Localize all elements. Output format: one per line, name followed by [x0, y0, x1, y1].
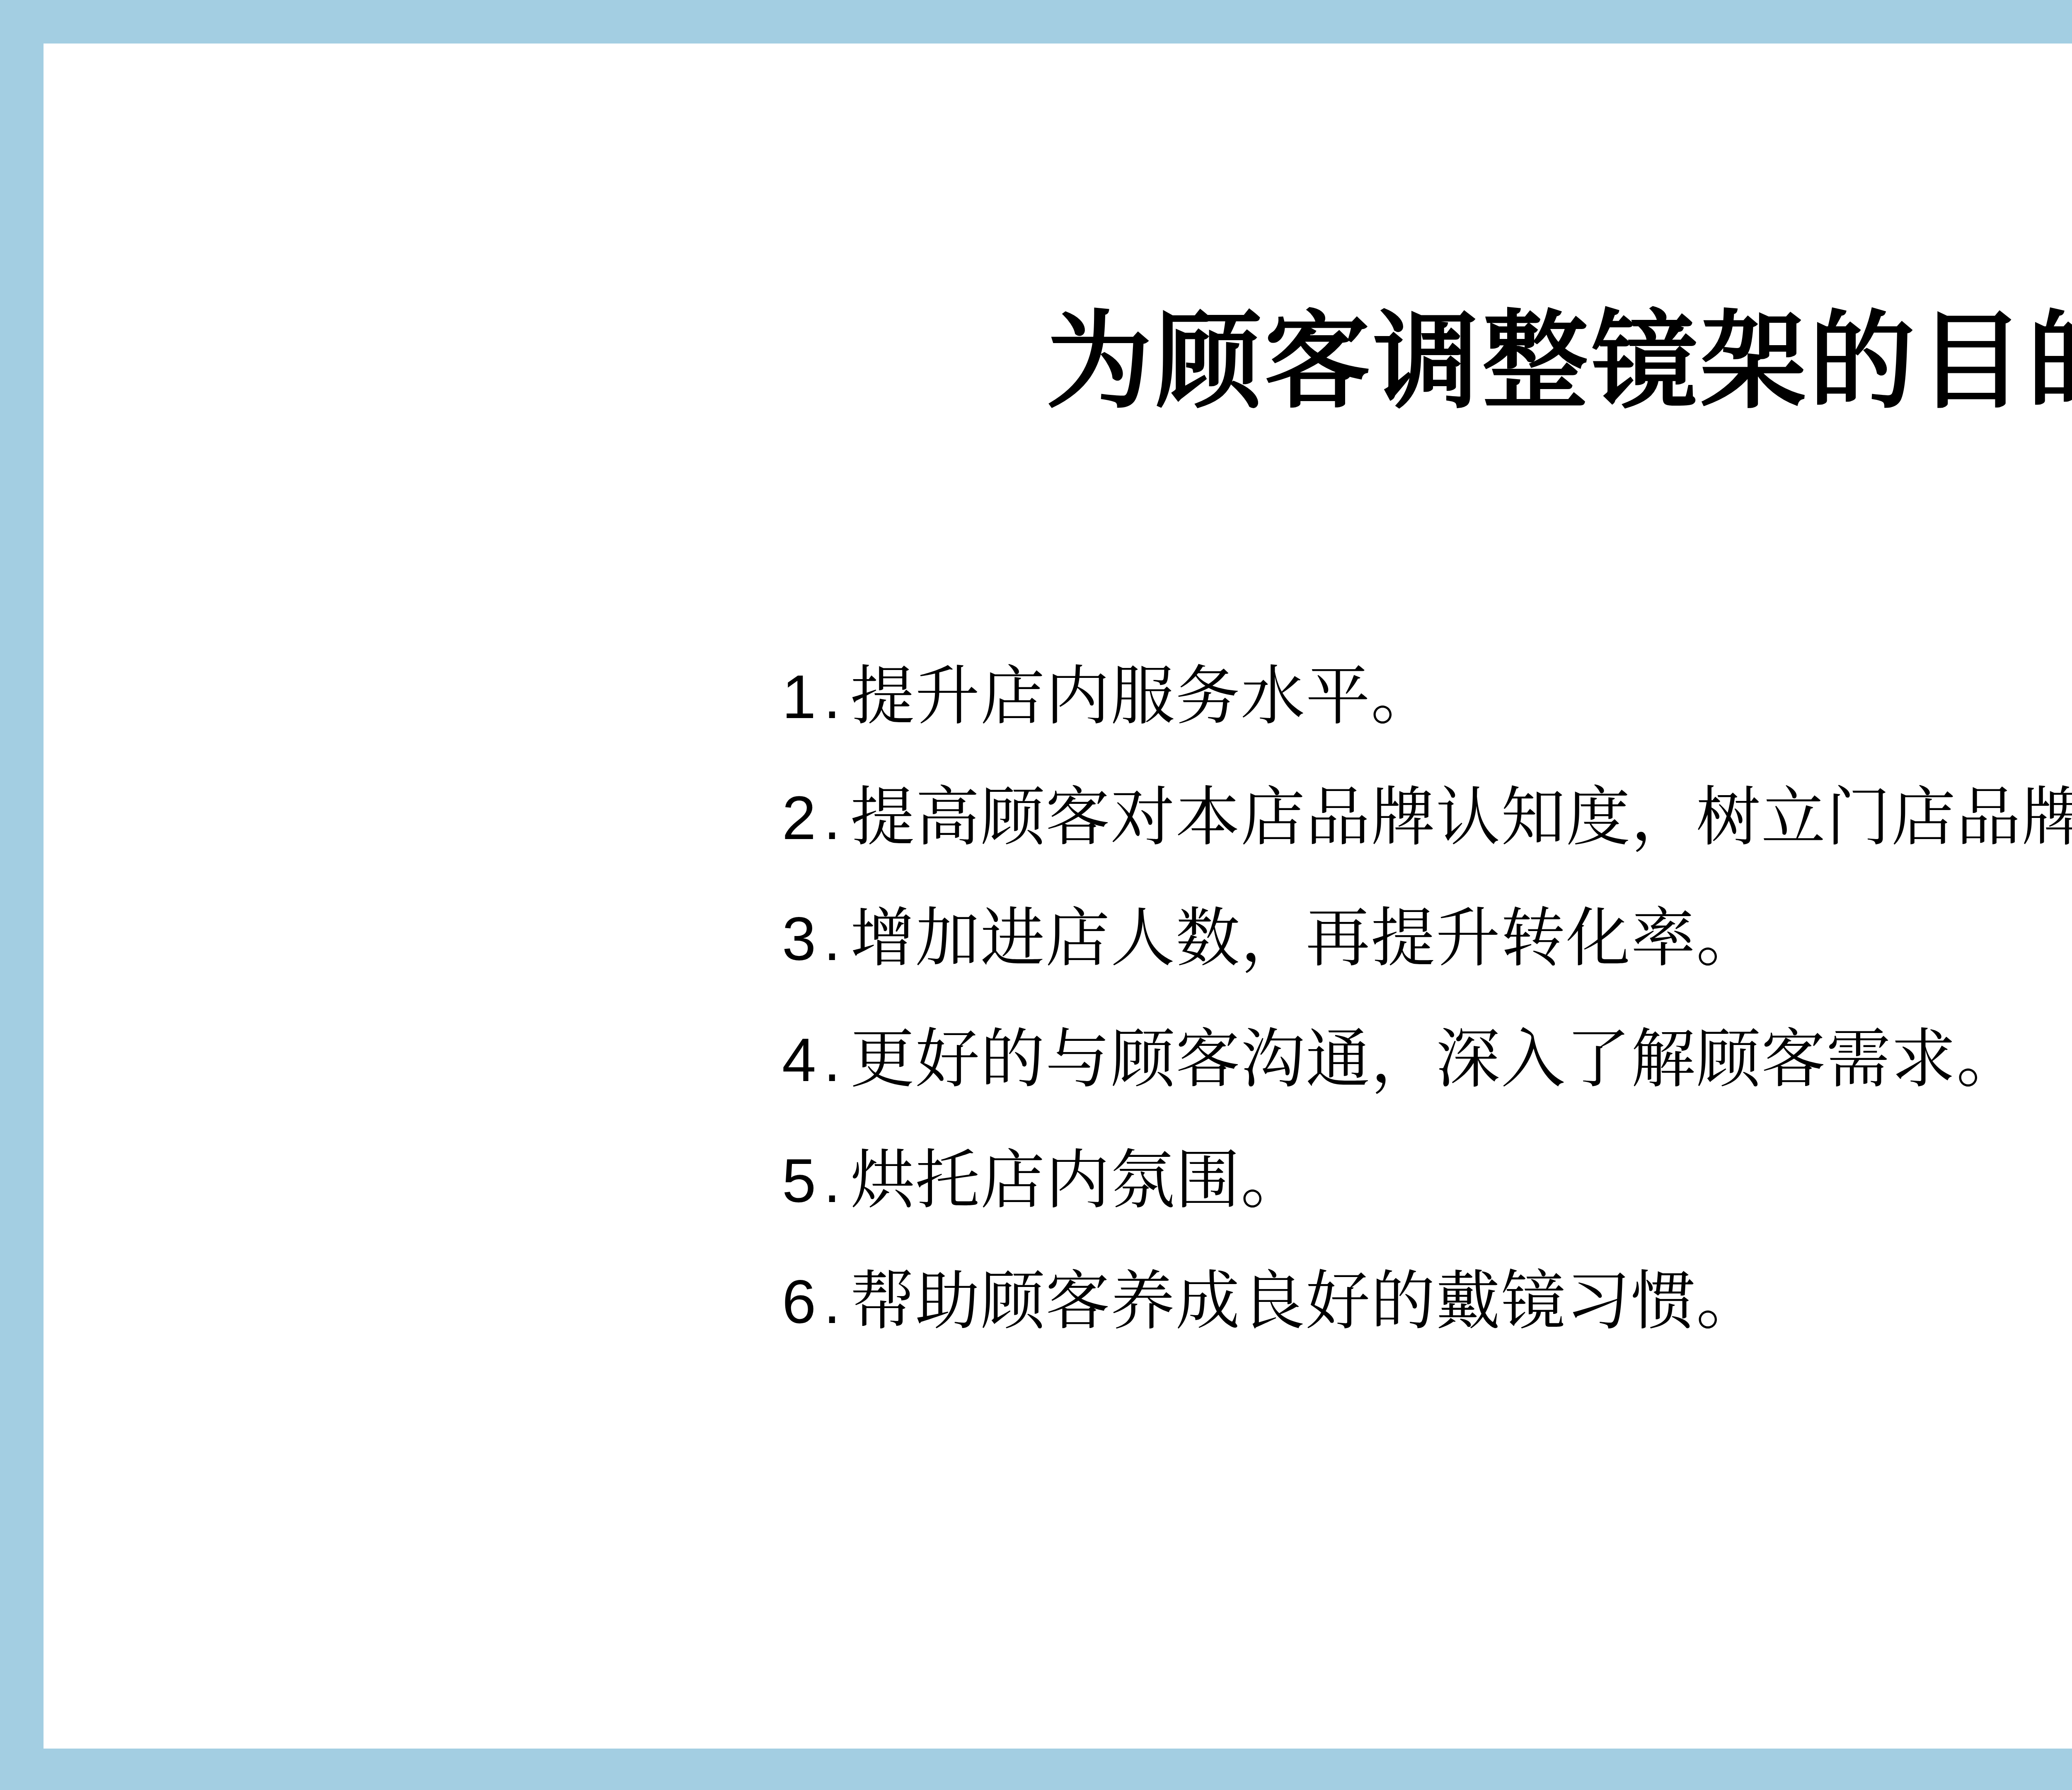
list-item: 4. 更好的与顾客沟通，深入了解顾客需求。	[782, 999, 2072, 1120]
list-item: 3. 增加进店人数，再提升转化率。	[782, 878, 2072, 999]
list-item-number: 5.	[782, 1121, 850, 1241]
list-item-number: 4.	[782, 1000, 850, 1120]
list-item-number: 3.	[782, 879, 850, 999]
list-item-text: 提高顾客对本店品牌认知度，树立门店品牌形象。	[850, 757, 2072, 877]
slide-title: 为顾客调整镜架的目的	[44, 309, 2072, 414]
list-item: 5. 烘托店内氛围。	[782, 1120, 2072, 1241]
list-item-number: 1.	[782, 637, 850, 757]
list-item-number: 2.	[782, 758, 850, 878]
list-item-text: 更好的与顾客沟通，深入了解顾客需求。	[850, 999, 2021, 1119]
list-item-text: 烘托店内氛围。	[850, 1120, 1306, 1240]
list-item: 2. 提高顾客对本店品牌认知度，树立门店品牌形象。	[782, 757, 2072, 878]
list-item-text: 增加进店人数，再提升转化率。	[850, 878, 1761, 998]
list-item-text: 帮助顾客养成良好的戴镜习惯。	[850, 1241, 1761, 1361]
purpose-list: 1. 提升店内服务水平。 2. 提高顾客对本店品牌认知度，树立门店品牌形象。 3…	[782, 636, 2072, 1362]
list-item: 1. 提升店内服务水平。	[782, 636, 2072, 757]
list-item-number: 6.	[782, 1242, 850, 1362]
list-item: 6. 帮助顾客养成良好的戴镜习惯。	[782, 1241, 2072, 1362]
list-item-text: 提升店内服务水平。	[850, 636, 1436, 756]
slide-canvas: 为顾客调整镜架的目的 1. 提升店内服务水平。 2. 提高顾客对本店品牌认知度，…	[44, 44, 2072, 1749]
